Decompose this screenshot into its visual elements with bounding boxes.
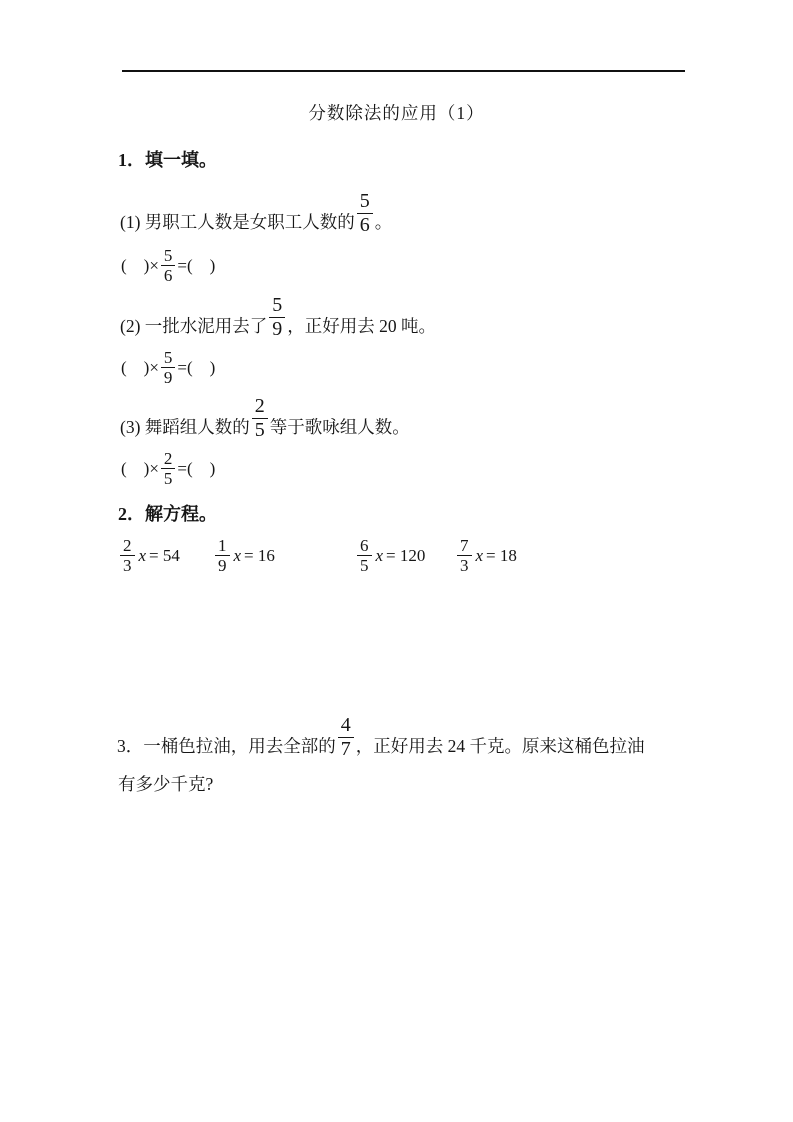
solve-equation-3: 65 x = 120 — [357, 536, 425, 575]
problem-1-fraction: 56 — [357, 190, 373, 237]
problem-1-text-after: 。 — [375, 212, 393, 233]
solve-equation-2: 19 x = 16 — [215, 536, 275, 575]
equation-fraction: 56 — [161, 246, 176, 285]
equation-rhs: = 54 — [149, 546, 180, 565]
fraction-numerator: 5 — [357, 190, 373, 213]
equation-left: ( )× — [121, 358, 159, 378]
equation-fraction: 23 — [120, 536, 135, 575]
problem-2-statement: (2) 一批水泥用去了 59 ，正好用去 20 吨。 — [120, 294, 436, 337]
fraction-numerator: 4 — [338, 714, 354, 737]
worksheet-page: 分数除法的应用（1） 1．填一填。 (1) 男职工人数是女职工人数的 56 。 … — [0, 0, 793, 1122]
equation-right: =( ) — [177, 459, 215, 479]
fraction-numerator: 2 — [120, 536, 135, 555]
section2-heading: 2．解方程。 — [118, 500, 217, 526]
problem-3-fraction: 25 — [252, 395, 268, 442]
word-problem-text-after: ，正好用去 24 千克。原来这桶色拉油 — [356, 736, 645, 757]
problem-1-statement: (1) 男职工人数是女职工人数的 56 。 — [120, 190, 392, 233]
problem-3-text-after: 等于歌咏组人数。 — [270, 417, 410, 438]
equation-fraction: 25 — [161, 449, 176, 488]
fraction-denominator: 5 — [161, 468, 176, 488]
section1-heading: 1．填一填。 — [118, 146, 217, 172]
page-title: 分数除法的应用（1） — [0, 100, 793, 125]
equation-left: ( )× — [121, 256, 159, 276]
solve-equation-1: 23 x = 54 — [120, 536, 180, 575]
header-rule — [122, 70, 685, 72]
equation-fraction: 73 — [457, 536, 472, 575]
fraction-denominator: 5 — [357, 555, 372, 575]
problem-2-text-after: ，正好用去 20 吨。 — [287, 316, 436, 337]
equation-rhs: = 120 — [386, 546, 425, 565]
equation-left: ( )× — [121, 459, 159, 479]
variable-x: x — [137, 546, 150, 565]
equation-fraction: 59 — [161, 348, 176, 387]
problem-2-fraction: 59 — [269, 294, 285, 341]
fraction-denominator: 9 — [161, 367, 176, 387]
problem-3-text-before: (3) 舞蹈组人数的 — [120, 417, 250, 438]
fraction-numerator: 1 — [215, 536, 230, 555]
equation-fraction: 19 — [215, 536, 230, 575]
fraction-numerator: 6 — [357, 536, 372, 555]
word-problem-text-before: 3．一桶色拉油，用去全部的 — [117, 736, 336, 757]
equation-rhs: = 18 — [486, 546, 517, 565]
fraction-denominator: 9 — [215, 555, 230, 575]
fraction-numerator: 2 — [161, 449, 176, 468]
problem-3-statement: (3) 舞蹈组人数的 25 等于歌咏组人数。 — [120, 395, 410, 438]
equation-rhs: = 16 — [244, 546, 275, 565]
word-problem-question: 有多少千克? — [118, 774, 213, 795]
equation-fraction: 65 — [357, 536, 372, 575]
problem-1-text-before: (1) 男职工人数是女职工人数的 — [120, 212, 355, 233]
fraction-numerator: 7 — [457, 536, 472, 555]
fraction-denominator: 6 — [357, 213, 373, 237]
equation-right: =( ) — [177, 358, 215, 378]
problem-1-equation: ( )× 56 =( ) — [121, 246, 215, 285]
problem-2-equation: ( )× 59 =( ) — [121, 348, 215, 387]
variable-x: x — [374, 546, 387, 565]
word-problem-fraction: 47 — [338, 714, 354, 761]
fraction-numerator: 2 — [252, 395, 268, 418]
solve-equation-4: 73 x = 18 — [457, 536, 517, 575]
variable-x: x — [474, 546, 487, 565]
fraction-denominator: 3 — [457, 555, 472, 575]
variable-x: x — [232, 546, 245, 565]
fraction-denominator: 6 — [161, 265, 176, 285]
fraction-denominator: 7 — [338, 737, 354, 761]
word-problem-line1: 3．一桶色拉油，用去全部的 47 ，正好用去 24 千克。原来这桶色拉油 — [117, 714, 645, 757]
problem-3-equation: ( )× 25 =( ) — [121, 449, 215, 488]
fraction-denominator: 5 — [252, 418, 268, 442]
fraction-numerator: 5 — [161, 348, 176, 367]
fraction-denominator: 3 — [120, 555, 135, 575]
fraction-denominator: 9 — [269, 317, 285, 341]
fraction-numerator: 5 — [161, 246, 176, 265]
problem-2-text-before: (2) 一批水泥用去了 — [120, 316, 267, 337]
fraction-numerator: 5 — [269, 294, 285, 317]
word-problem-line2: 有多少千克? — [118, 774, 213, 795]
equation-right: =( ) — [177, 256, 215, 276]
